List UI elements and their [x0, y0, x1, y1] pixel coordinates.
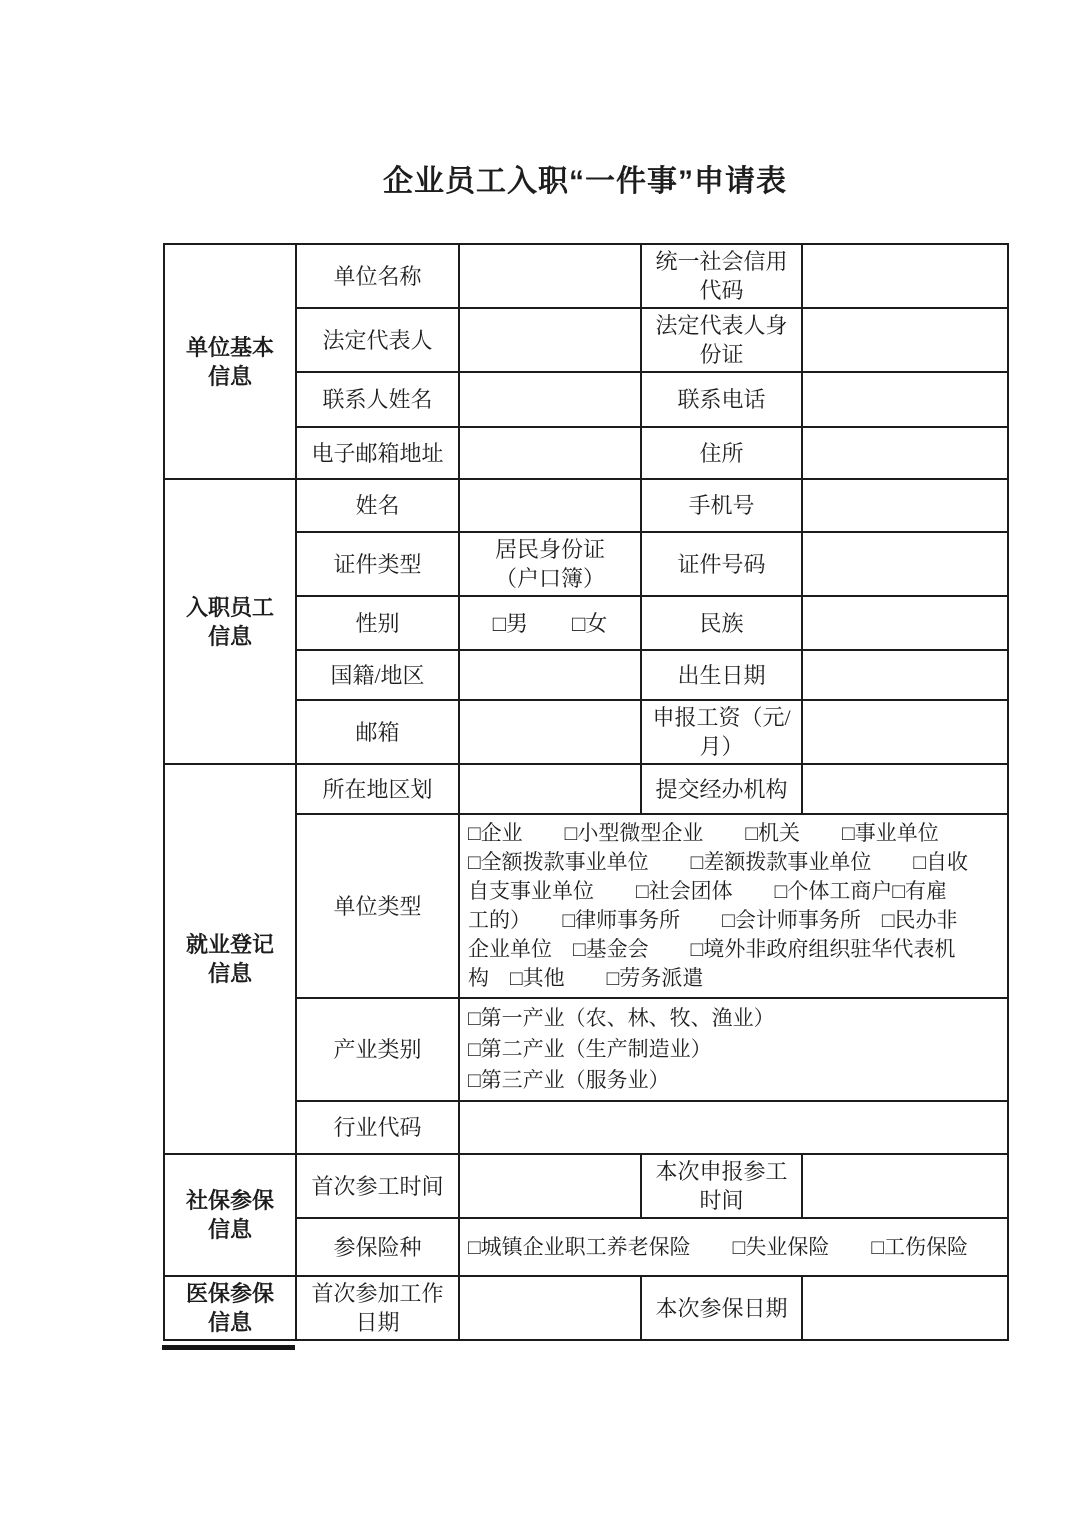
label-first-work-date: 首次参工时间: [296, 1154, 459, 1218]
label-declared-salary: 申报工资（元/ 月）: [641, 700, 802, 764]
section-label-line: 信息: [171, 362, 289, 391]
field-legal-rep-id[interactable]: [802, 308, 1008, 372]
field-credit-code[interactable]: [802, 244, 1008, 308]
field-mobile[interactable]: [802, 479, 1008, 532]
label-legal-rep: 法定代表人: [296, 308, 459, 372]
section-label-line: 信息: [171, 959, 289, 988]
label-gender: 性别: [296, 596, 459, 650]
page-title: 企业员工入职“一件事”申请表: [163, 164, 1007, 200]
option-line[interactable]: □全额拨款事业单位 □差额拨款事业单位 □自收: [468, 848, 999, 877]
field-industry-code[interactable]: [459, 1101, 1008, 1154]
field-handling-agency[interactable]: [802, 764, 1008, 814]
field-nationality-region[interactable]: [459, 650, 641, 700]
label-contact-name: 联系人姓名: [296, 372, 459, 427]
option-line[interactable]: 企业单位 □基金会 □境外非政府组织驻华代表机: [468, 935, 999, 964]
label-nationality-region: 国籍/地区: [296, 650, 459, 700]
label-unit-type: 单位类型: [296, 814, 459, 998]
document-page: 企业员工入职“一件事”申请表 单位基本 信息 单位名称 统一社会信用 代码: [0, 0, 1074, 1520]
section-label-line: 社保参保: [171, 1186, 289, 1215]
section-label-employee-info: 入职员工 信息: [164, 479, 296, 764]
field-admin-division[interactable]: [459, 764, 641, 814]
value-line: （户口簿）: [466, 564, 634, 593]
field-employee-name[interactable]: [459, 479, 641, 532]
label-insurance-types: 参保险种: [296, 1218, 459, 1276]
option-line[interactable]: 自支事业单位 □社会团体 □个体工商户□有雇: [468, 877, 999, 906]
field-id-type[interactable]: 居民身份证 （户口簿）: [459, 532, 641, 596]
label-first-job-date: 首次参加工作 日期: [296, 1276, 459, 1340]
section-label-line: 就业登记: [171, 930, 289, 959]
label-handling-agency: 提交经办机构: [641, 764, 802, 814]
label-industry-code: 行业代码: [296, 1101, 459, 1154]
label-declared-work-date: 本次申报参工 时间: [641, 1154, 802, 1218]
section-label-line: 信息: [171, 1215, 289, 1244]
field-insurance-types-options[interactable]: □城镇企业职工养老保险 □失业保险 □工伤保险: [459, 1218, 1008, 1276]
label-ethnicity: 民族: [641, 596, 802, 650]
field-contact-phone[interactable]: [802, 372, 1008, 427]
section-label-unit-basic-info: 单位基本 信息: [164, 244, 296, 479]
label-credit-code: 统一社会信用 代码: [641, 244, 802, 308]
section-label-line: 信息: [171, 1308, 289, 1337]
option-line[interactable]: □第一产业（农、林、牧、渔业）: [468, 1003, 999, 1034]
option-line[interactable]: □第三产业（服务业）: [468, 1065, 999, 1096]
field-industry-category-options[interactable]: □第一产业（农、林、牧、渔业） □第二产业（生产制造业） □第三产业（服务业）: [459, 998, 1008, 1101]
field-ethnicity[interactable]: [802, 596, 1008, 650]
label-line: 月）: [648, 732, 795, 761]
label-email: 邮箱: [296, 700, 459, 764]
section-label-social-insurance: 社保参保 信息: [164, 1154, 296, 1276]
field-id-number[interactable]: [802, 532, 1008, 596]
field-declared-work-date[interactable]: [802, 1154, 1008, 1218]
label-id-number: 证件号码: [641, 532, 802, 596]
field-unit-name[interactable]: [459, 244, 641, 308]
section-label-line: 信息: [171, 622, 289, 651]
label-unit-name: 单位名称: [296, 244, 459, 308]
section-label-line: 入职员工: [171, 593, 289, 622]
option-line[interactable]: 工的） □律师事务所 □会计师事务所 □民办非: [468, 906, 999, 935]
field-birth-date[interactable]: [802, 650, 1008, 700]
label-industry-category: 产业类别: [296, 998, 459, 1101]
value-line: 居民身份证: [466, 535, 634, 564]
section-label-medical-insurance: 医保参保 信息: [164, 1276, 296, 1340]
label-birth-date: 出生日期: [641, 650, 802, 700]
label-line: 申报工资（元/: [648, 703, 795, 732]
label-line: 统一社会信用: [648, 247, 795, 276]
field-declared-salary[interactable]: [802, 700, 1008, 764]
form-table-wrap: 单位基本 信息 单位名称 统一社会信用 代码 法定代表人 法定代表人身: [163, 243, 1007, 1341]
bottom-left-thick-rule: [162, 1345, 295, 1350]
label-email-address: 电子邮箱地址: [296, 427, 459, 479]
label-id-type: 证件类型: [296, 532, 459, 596]
field-email-address[interactable]: [459, 427, 641, 479]
field-unit-type-options[interactable]: □企业 □小型微型企业 □机关 □事业单位 □全额拨款事业单位 □差额拨款事业单…: [459, 814, 1008, 998]
field-email[interactable]: [459, 700, 641, 764]
label-legal-rep-id: 法定代表人身 份证: [641, 308, 802, 372]
label-line: 法定代表人身: [648, 311, 795, 340]
label-line: 日期: [303, 1308, 452, 1337]
label-line: 首次参加工作: [303, 1279, 452, 1308]
label-employee-name: 姓名: [296, 479, 459, 532]
label-line: 本次申报参工: [648, 1157, 795, 1186]
label-current-insured-date: 本次参保日期: [641, 1276, 802, 1340]
section-label-line: 医保参保: [171, 1279, 289, 1308]
label-admin-division: 所在地区划: [296, 764, 459, 814]
label-line: 时间: [648, 1186, 795, 1215]
field-residence[interactable]: [802, 427, 1008, 479]
field-first-work-date[interactable]: [459, 1154, 641, 1218]
label-line: 代码: [648, 276, 795, 305]
option-line[interactable]: □企业 □小型微型企业 □机关 □事业单位: [468, 819, 999, 848]
field-first-job-date[interactable]: [459, 1276, 641, 1340]
label-contact-phone: 联系电话: [641, 372, 802, 427]
application-form-table: 单位基本 信息 单位名称 统一社会信用 代码 法定代表人 法定代表人身: [163, 243, 1009, 1341]
field-legal-rep[interactable]: [459, 308, 641, 372]
field-current-insured-date[interactable]: [802, 1276, 1008, 1340]
section-label-line: 单位基本: [171, 333, 289, 362]
option-line[interactable]: □第二产业（生产制造业）: [468, 1034, 999, 1065]
option-line[interactable]: 构 □其他 □劳务派遣: [468, 964, 999, 993]
label-residence: 住所: [641, 427, 802, 479]
field-contact-name[interactable]: [459, 372, 641, 427]
label-mobile: 手机号: [641, 479, 802, 532]
label-line: 份证: [648, 340, 795, 369]
field-gender-checkboxes[interactable]: □男 □女: [459, 596, 641, 650]
section-label-employment-registration: 就业登记 信息: [164, 764, 296, 1154]
